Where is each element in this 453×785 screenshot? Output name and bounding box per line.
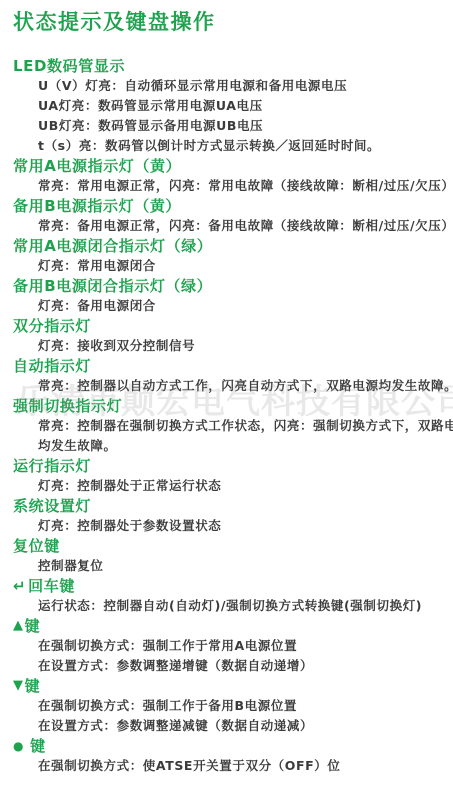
section-heading-label: 运行指示灯 bbox=[13, 456, 91, 476]
body-line: 常亮：备用电源正常，闪亮：备用电故障（接线故障：断相/过压/欠压） bbox=[13, 216, 445, 236]
section-heading-label: 复位键 bbox=[13, 536, 60, 556]
section-heading: ↵ 回车键 bbox=[13, 576, 445, 596]
section-heading: ▼ 键 bbox=[13, 676, 445, 696]
body-line: 在设置方式：参数调整递减键（数据自动递减） bbox=[13, 716, 445, 736]
body-line: UA灯亮：数码管显示常用电源UA电压 bbox=[13, 96, 445, 116]
body-line: 灯亮：常用电源闭合 bbox=[13, 256, 445, 276]
section-dot-key: ● 键 在强制切换方式：使ATSE开关置于双分（OFF）位 bbox=[13, 736, 445, 776]
body-line: 灯亮：备用电源闭合 bbox=[13, 296, 445, 316]
body-line: 常亮：控制器在强制切换方式工作状态，闪亮：强制切换方式下，双路电源 bbox=[13, 416, 445, 436]
section-heading-label: 常用A电源闭合指示灯（绿） bbox=[13, 236, 212, 256]
section-heading: 强制切换指示灯 bbox=[13, 396, 445, 416]
section-heading-label: 自动指示灯 bbox=[13, 356, 91, 376]
body-line: 常亮：控制器以自动方式工作，闪亮自动方式下，双路电源均发生故障。 bbox=[13, 376, 445, 396]
body-line: 灯亮：接收到双分控制信号 bbox=[13, 336, 445, 356]
body-line: UB灯亮：数码管显示备用电源UB电压 bbox=[13, 116, 445, 136]
section-power-b-closed-indicator: 备用B电源闭合指示灯（绿） 灯亮：备用电源闭合 bbox=[13, 276, 445, 316]
section-heading: LED数码管显示 bbox=[13, 56, 445, 76]
section-heading-label: 双分指示灯 bbox=[13, 316, 91, 336]
down-triangle-icon: ▼ bbox=[13, 676, 24, 696]
section-dual-off-indicator: 双分指示灯 灯亮：接收到双分控制信号 bbox=[13, 316, 445, 356]
section-heading-label: LED数码管显示 bbox=[13, 56, 125, 76]
section-auto-indicator: 自动指示灯 常亮：控制器以自动方式工作，闪亮自动方式下，双路电源均发生故障。 bbox=[13, 356, 445, 396]
section-heading: 常用A电源指示灯（黄） bbox=[13, 156, 445, 176]
up-triangle-icon: ▲ bbox=[13, 616, 24, 636]
section-power-a-closed-indicator: 常用A电源闭合指示灯（绿） 灯亮：常用电源闭合 bbox=[13, 236, 445, 276]
section-heading-label: 键 bbox=[30, 736, 46, 756]
section-heading: ● 键 bbox=[13, 736, 445, 756]
section-heading-label: 备用B电源指示灯（黄） bbox=[13, 196, 181, 216]
body-line: 灯亮：控制器处于正常运行状态 bbox=[13, 476, 445, 496]
section-heading: 常用A电源闭合指示灯（绿） bbox=[13, 236, 445, 256]
section-heading-label: 回车键 bbox=[28, 576, 75, 596]
section-power-b-indicator: 备用B电源指示灯（黄） 常亮：备用电源正常，闪亮：备用电故障（接线故障：断相/过… bbox=[13, 196, 445, 236]
enter-key-icon: ↵ bbox=[13, 576, 26, 596]
body-line: U（V）灯亮：自动循环显示常用电源和备用电源电压 bbox=[13, 76, 445, 96]
section-heading-label: 强制切换指示灯 bbox=[13, 396, 122, 416]
section-system-setting-indicator: 系统设置灯 灯亮：控制器处于参数设置状态 bbox=[13, 496, 445, 536]
body-line: 在强制切换方式：使ATSE开关置于双分（OFF）位 bbox=[13, 756, 445, 776]
body-line: 在设置方式：参数调整递增键（数据自动递增） bbox=[13, 656, 445, 676]
section-heading: 运行指示灯 bbox=[13, 456, 445, 476]
section-heading-label: 系统设置灯 bbox=[13, 496, 91, 516]
section-heading: 双分指示灯 bbox=[13, 316, 445, 336]
body-line: 在强制切换方式：强制工作于常用A电源位置 bbox=[13, 636, 445, 656]
section-heading: 自动指示灯 bbox=[13, 356, 445, 376]
section-heading: 备用B电源闭合指示灯（绿） bbox=[13, 276, 445, 296]
section-heading-label: 键 bbox=[25, 616, 41, 636]
section-down-key: ▼ 键 在强制切换方式：强制工作于备用B电源位置 在设置方式：参数调整递减键（数… bbox=[13, 676, 445, 736]
section-up-key: ▲ 键 在强制切换方式：强制工作于常用A电源位置 在设置方式：参数调整递增键（数… bbox=[13, 616, 445, 676]
section-heading: ▲ 键 bbox=[13, 616, 445, 636]
section-run-indicator: 运行指示灯 灯亮：控制器处于正常运行状态 bbox=[13, 456, 445, 496]
body-line: 常亮：常用电源正常，闪亮：常用电故障（接线故障：断相/过压/欠压） bbox=[13, 176, 445, 196]
body-line: 灯亮：控制器处于参数设置状态 bbox=[13, 516, 445, 536]
section-power-a-indicator: 常用A电源指示灯（黄） 常亮：常用电源正常，闪亮：常用电故障（接线故障：断相/过… bbox=[13, 156, 445, 196]
section-heading: 复位键 bbox=[13, 536, 445, 556]
section-enter-key: ↵ 回车键 运行状态：控制器自动(自动灯)/强制切换方式转换键(强制切换灯) bbox=[13, 576, 445, 616]
body-line: 运行状态：控制器自动(自动灯)/强制切换方式转换键(强制切换灯) bbox=[13, 596, 445, 616]
manual-page: 状态提示及键盘操作 乐清市颠宏电气科技有限公司 LED数码管显示 U（V）灯亮：… bbox=[0, 0, 453, 785]
body-line: 均发生故障。 bbox=[13, 436, 445, 456]
body-line: t（s）亮：数码管以倒计时方式显示转换／返回延时时间。 bbox=[13, 136, 445, 156]
page-title: 状态提示及键盘操作 bbox=[13, 9, 445, 36]
body-line: 控制器复位 bbox=[13, 556, 445, 576]
section-heading: 备用B电源指示灯（黄） bbox=[13, 196, 445, 216]
section-heading-label: 常用A电源指示灯（黄） bbox=[13, 156, 181, 176]
section-forced-switch-indicator: 强制切换指示灯 常亮：控制器在强制切换方式工作状态，闪亮：强制切换方式下，双路电… bbox=[13, 396, 445, 456]
section-heading: 系统设置灯 bbox=[13, 496, 445, 516]
section-heading-label: 备用B电源闭合指示灯（绿） bbox=[13, 276, 212, 296]
body-line: 在强制切换方式：强制工作于备用B电源位置 bbox=[13, 696, 445, 716]
section-reset-key: 复位键 控制器复位 bbox=[13, 536, 445, 576]
section-heading-label: 键 bbox=[25, 676, 41, 696]
dot-key-icon: ● bbox=[13, 736, 24, 756]
section-led-display: LED数码管显示 U（V）灯亮：自动循环显示常用电源和备用电源电压 UA灯亮：数… bbox=[13, 56, 445, 156]
